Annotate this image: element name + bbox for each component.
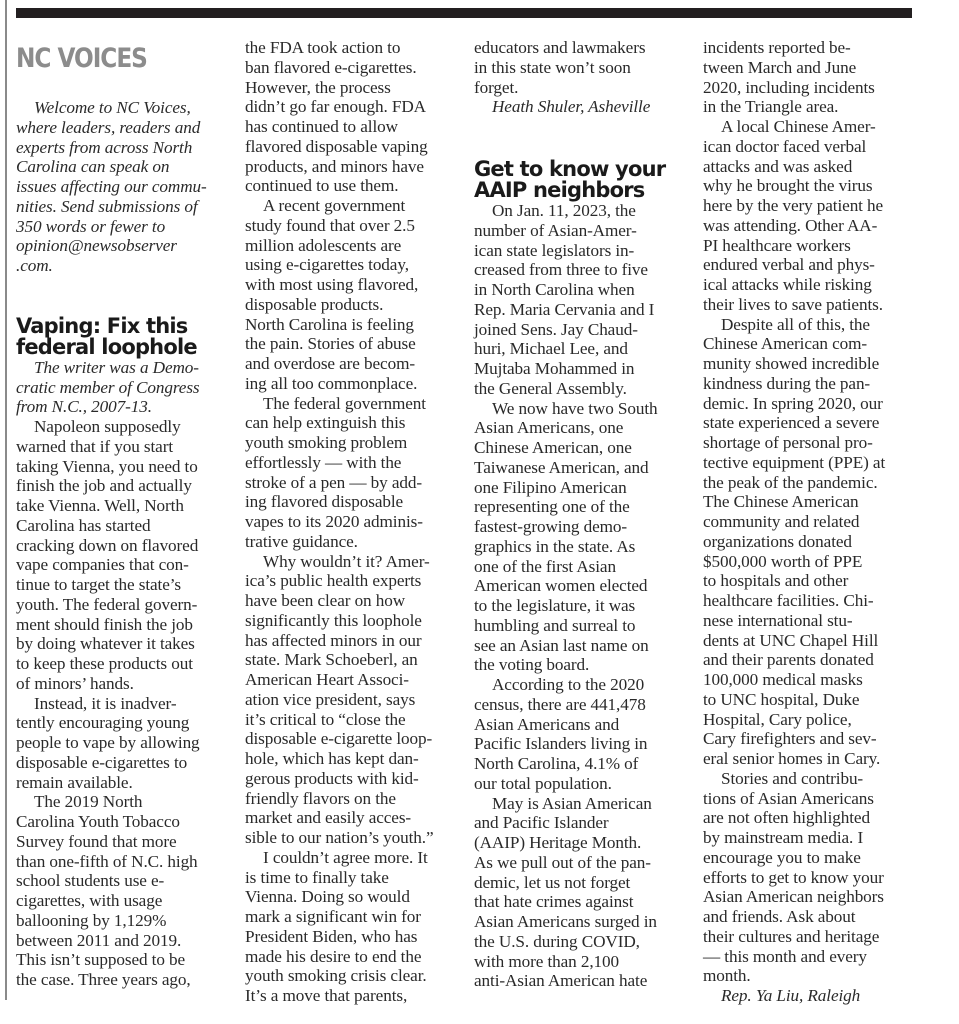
spacer	[16, 276, 238, 316]
article-2-paragraph: Despite all of this, the Chinese America…	[703, 315, 918, 769]
article-1-byline: Heath Shuler, Asheville	[474, 97, 696, 117]
article-2-paragraph: According to the 2020 census, there are …	[474, 675, 696, 794]
article-1-paragraph: The 2019 North Carolina Youth Tobacco Su…	[16, 792, 238, 990]
article-1-paragraph-continued: educators and lawmakers in this state wo…	[474, 38, 696, 97]
article-1-paragraph: Napoleon supposedly warned that if you s…	[16, 417, 238, 694]
spacer	[474, 117, 696, 159]
article-2-paragraph: May is Asian American and Pacific Island…	[474, 794, 696, 992]
article-1-paragraph: Instead, it is inadver- tently encouragi…	[16, 694, 238, 793]
section-title: NC VOICES	[16, 42, 207, 76]
column-2: the FDA took action to ban flavored e-ci…	[245, 38, 469, 1006]
article-2-paragraph: On Jan. 11, 2023, the number of Asian-Am…	[474, 201, 696, 399]
intro-text: Welcome to NC Voices, where leaders, rea…	[16, 98, 238, 276]
article-1-paragraph: The federal government can help extingui…	[245, 394, 469, 552]
article-1-paragraph: A recent government study found that ove…	[245, 196, 469, 394]
article-2-byline: Rep. Ya Liu, Raleigh	[703, 986, 918, 1006]
article-1-paragraph-continued: the FDA took action to ban flavored e-ci…	[245, 38, 469, 196]
article-2-paragraph: Stories and contribu- tions of Asian Ame…	[703, 769, 918, 986]
article-1-headline: Vaping: Fix this federal loophole	[16, 316, 238, 358]
article-2-headline: Get to know your AAIP neighbors	[474, 159, 696, 201]
left-column-rule	[5, 0, 7, 1000]
article-1-paragraph: Why wouldn’t it? Amer- ica’s public heal…	[245, 552, 469, 848]
article-2-paragraph: A local Chinese Amer- ican doctor faced …	[703, 117, 918, 315]
column-3: educators and lawmakers in this state wo…	[474, 38, 696, 991]
top-black-rule	[16, 8, 912, 18]
article-2-paragraph: We now have two South Asian Americans, o…	[474, 399, 696, 676]
column-4: incidents reported be- tween March and J…	[703, 38, 918, 1006]
article-1-paragraph: I couldn’t agree more. It is time to fin…	[245, 848, 469, 1006]
article-1-writer-note: The writer was a Demo- cratic member of …	[16, 358, 238, 417]
column-1: NC VOICES Welcome to NC Voices, where le…	[16, 38, 238, 990]
article-2-paragraph-continued: incidents reported be- tween March and J…	[703, 38, 918, 117]
